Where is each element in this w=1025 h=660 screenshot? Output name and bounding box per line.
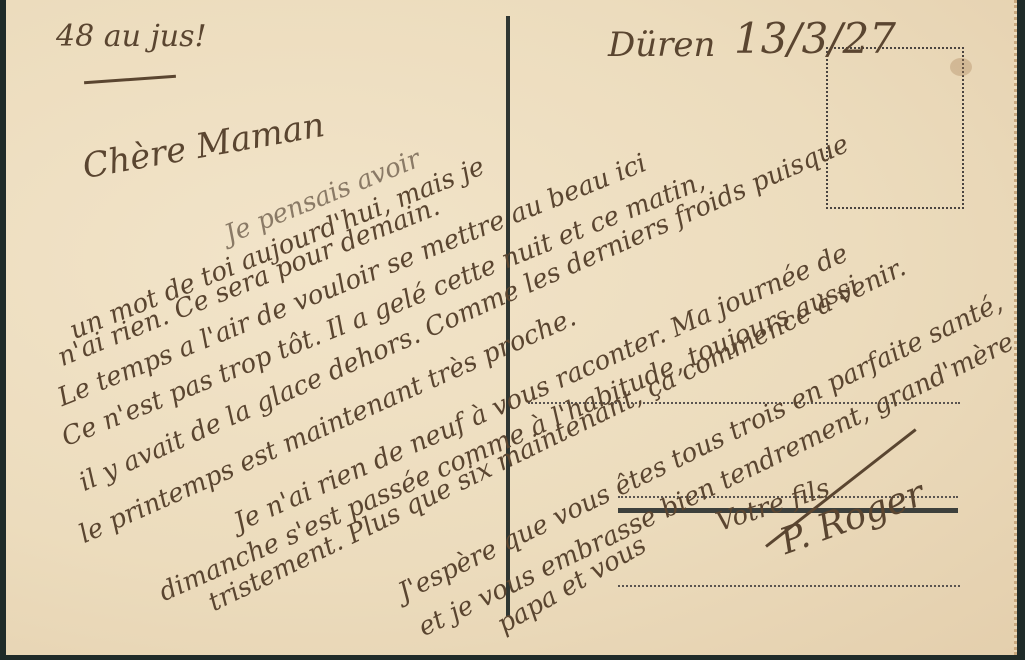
stamp-placeholder-box <box>826 47 964 209</box>
date-label: 13/3/27 <box>734 18 896 60</box>
salutation: Chère Maman <box>80 108 327 184</box>
corner-note: 48 au jus! <box>56 22 207 52</box>
postcard-back: 48 au jus! Düren 13/3/27 Chère Maman Je … <box>6 0 1017 655</box>
place-label: Düren <box>608 28 715 62</box>
paper-stain <box>950 58 972 76</box>
corner-note-underline <box>84 75 176 84</box>
address-line-3 <box>618 585 960 587</box>
